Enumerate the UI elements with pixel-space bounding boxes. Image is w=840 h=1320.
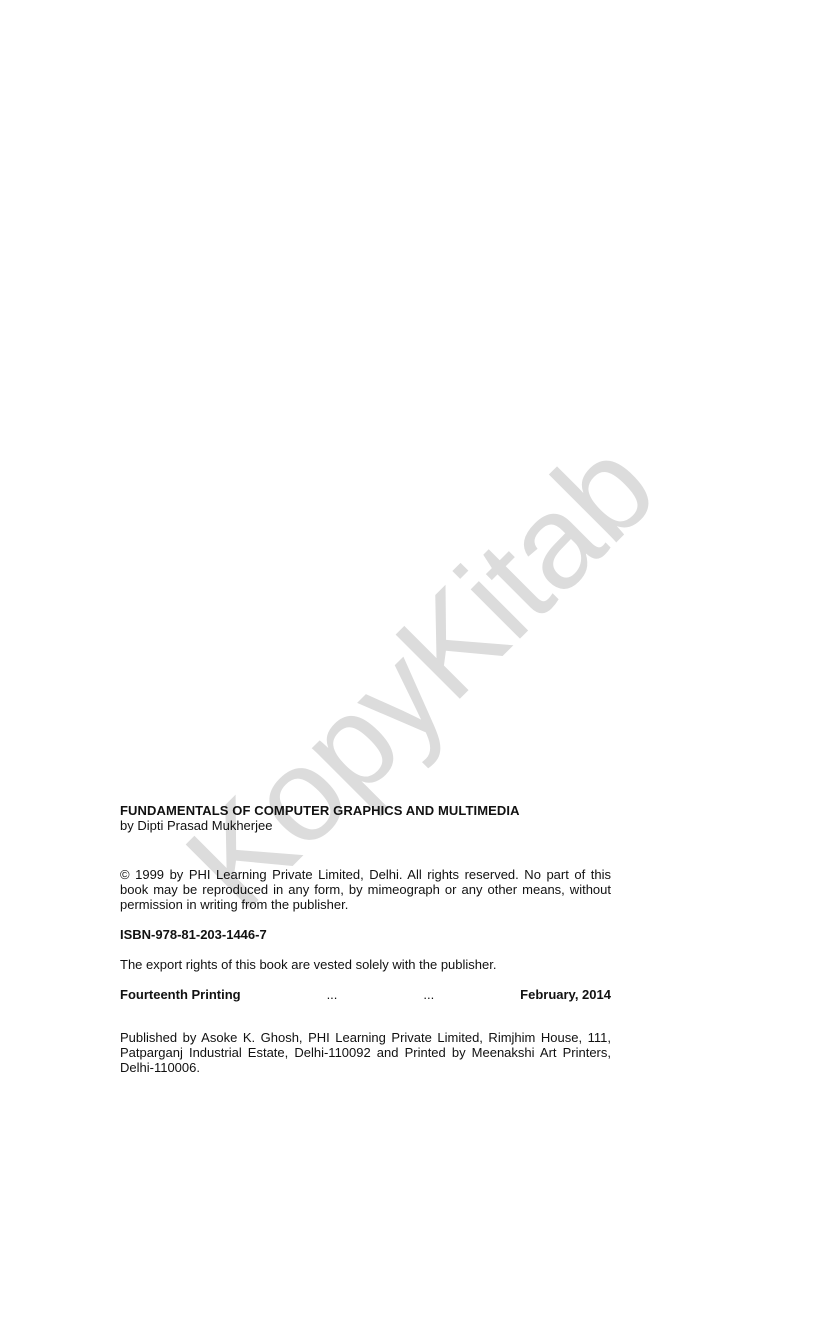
printing-date: February, 2014: [520, 987, 611, 1002]
book-title: FUNDAMENTALS OF COMPUTER GRAPHICS AND MU…: [120, 803, 611, 818]
export-rights: The export rights of this book are veste…: [120, 957, 611, 972]
printing-separator-1: ...: [327, 987, 338, 1002]
printing-info: Fourteenth Printing ... ... February, 20…: [120, 987, 611, 1002]
copyright-notice: © 1999 by PHI Learning Private Limited, …: [120, 867, 611, 912]
imprint-page: FUNDAMENTALS OF COMPUTER GRAPHICS AND MU…: [120, 803, 611, 1075]
publisher-info: Published by Asoke K. Ghosh, PHI Learnin…: [120, 1030, 611, 1075]
printing-separator-2: ...: [423, 987, 434, 1002]
printing-edition: Fourteenth Printing: [120, 987, 241, 1002]
author-line: by Dipti Prasad Mukherjee: [120, 818, 611, 833]
isbn: ISBN-978-81-203-1446-7: [120, 927, 611, 942]
